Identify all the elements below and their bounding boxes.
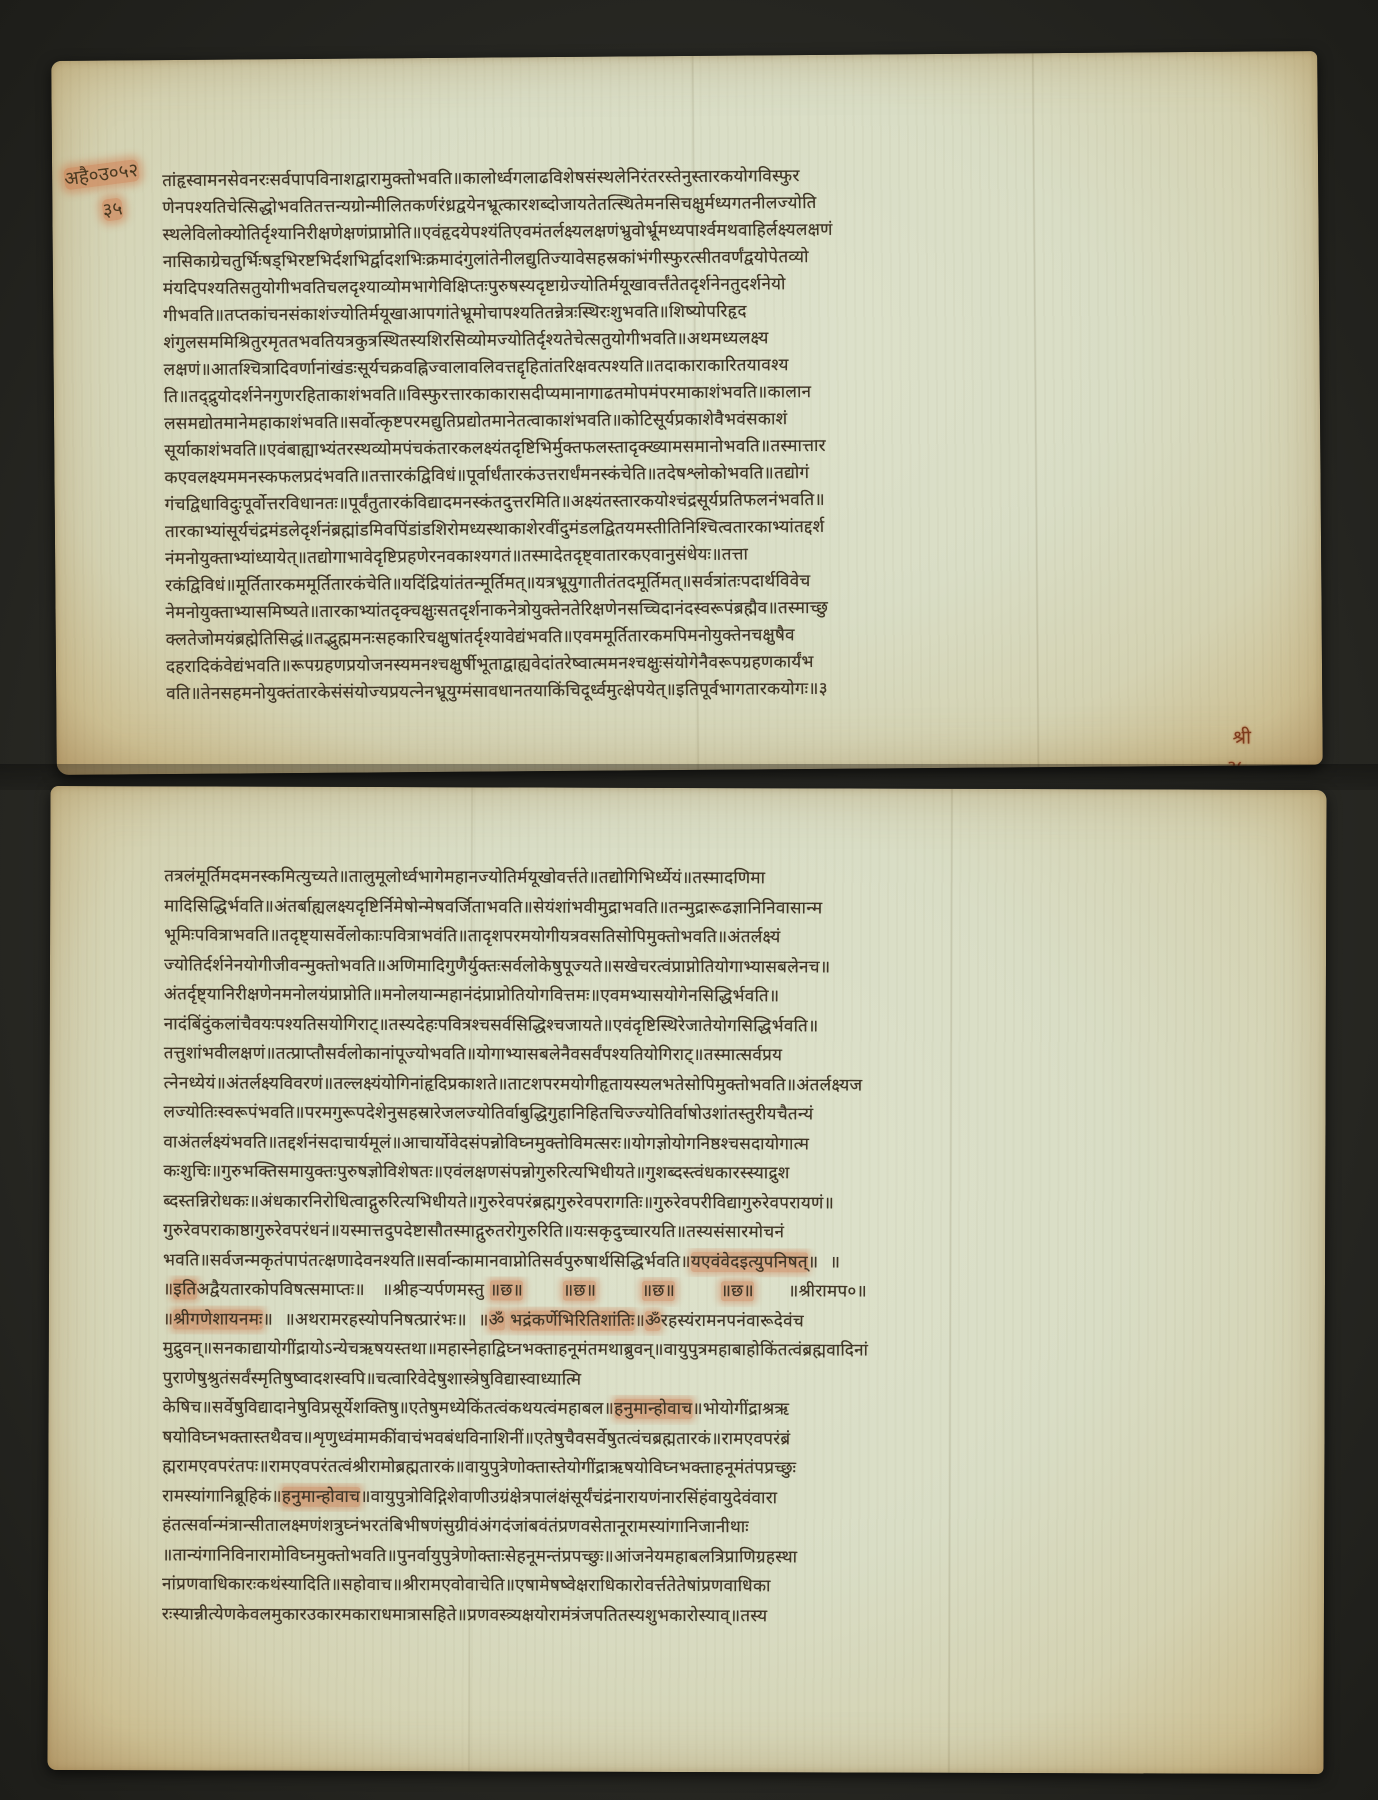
manuscript-folio-lower: तत्रलंमूर्तिमदमनस्कमित्युच्यते॥तालुमूलोर… (47, 786, 1326, 1774)
manuscript-line: नांप्रणवाधिकारःकथंस्यादिति॥सहोवाच॥श्रीरा… (162, 1570, 1230, 1603)
manuscript-line: रःस्यान्नीत्येणकेवलमुकारउकारमकाराधमात्रा… (162, 1600, 1230, 1633)
manuscript-line: षयोविघ्नभक्तास्तथैवच॥शृणुध्वंमामकींवाचंभ… (162, 1423, 1230, 1456)
folio-reference-number: अहै०उ०५२ (63, 159, 140, 190)
red-highlighted-text: ॥छ॥ (721, 1281, 754, 1301)
manuscript-line: ॥श्रीगणेशायनमः॥ ॥अथरामरहस्योपनिषत्प्रारं… (163, 1305, 1231, 1338)
red-highlighted-text: श्रीगणेशायनमः (173, 1309, 262, 1329)
red-highlighted-text: ॐ (645, 1310, 661, 1330)
text-block-upper: तांहृस्वामनसेवनरःसर्वपापविनाशद्वारामुक्त… (162, 160, 1228, 708)
manuscript-line: गुरुरेवपराकाष्ठागुरुरेवपरंधनं॥यस्मात्तदु… (163, 1216, 1231, 1249)
manuscript-line: ॥इतिअद्वैयतारकोपविषत्समाप्तः॥ ॥श्रीहऱ्यर… (163, 1275, 1231, 1308)
manuscript-line: रामस्यांगानिब्रूहिकं॥हनुमान्होवाच॥वायुपु… (162, 1482, 1230, 1515)
red-highlighted-text: इति (173, 1279, 196, 1299)
manuscript-line: लज्योतिःस्वरूपंभवति॥परमगुरूपदेशेनुसहस्रा… (163, 1098, 1231, 1131)
red-highlighted-text: हनुमान्होवाच (282, 1486, 360, 1506)
manuscript-line: नादंबिंदुंकलांचैवयःपश्यतिसयोगिराट्॥तस्यद… (164, 1010, 1232, 1043)
manuscript-line: ॥तान्यंगानिविनारामोविघ्नमुक्तोभवति॥पुनर्… (162, 1541, 1230, 1574)
manuscript-line: कःशुचिः॥गुरुभक्तिसमायुक्तःपुरुषज्ञोविशेष… (163, 1157, 1231, 1190)
manuscript-line: वाअंतर्लक्ष्यंभवति॥तद्दर्शनंसदाचार्यमूलं… (163, 1128, 1231, 1161)
margin-note-top-left: अहै०उ०५२ ३५ (63, 156, 145, 227)
manuscript-line: त्नेनध्येयं॥अंतर्लक्ष्यविवरणं॥तल्लक्ष्यं… (164, 1069, 1232, 1102)
manuscript-photo: अहै०उ०५२ ३५ तांहृस्वामनसेवनरःसर्वपापविना… (0, 0, 1378, 1800)
manuscript-line: हंतत्सर्वान्मंत्रान्सीतालक्ष्मणंशत्रुघ्न… (162, 1511, 1230, 1544)
red-highlighted-text: ॥छ॥ (490, 1280, 523, 1300)
manuscript-line: ब्दस्तन्निरोधकः॥अंधकारनिरोधित्वाद्गुरुरि… (163, 1187, 1231, 1220)
manuscript-line: मादिसिद्धिर्भवति॥अंतर्बाह्यलक्ष्यदृष्टिर… (164, 892, 1232, 925)
red-highlighted-text: हनुमान्होवाच (614, 1399, 692, 1419)
manuscript-line: केषिच॥सर्वेषुविद्यादानेषुविप्रसूर्येशक्त… (163, 1393, 1231, 1426)
red-highlighted-text: ॥छ॥ (642, 1281, 675, 1301)
red-highlighted-text: ॐ (489, 1310, 505, 1330)
manuscript-line: मुद्रुवन्॥सनकाद्यायोगींद्रायोऽन्येचऋषयस्… (163, 1334, 1231, 1367)
manuscript-folio-upper: अहै०उ०५२ ३५ तांहृस्वामनसेवनरःसर्वपापविना… (51, 51, 1323, 775)
margin-shri-invocation: श्री (1232, 727, 1251, 749)
manuscript-line: भूमिःपवित्राभवति॥तदृष्ट्यासर्वेलोकाःपवित… (164, 921, 1232, 954)
text-block-lower: तत्रलंमूर्तिमदमनस्कमित्युच्यते॥तालुमूलोर… (162, 862, 1232, 1632)
red-highlighted-text: यएवंवेदइत्युपनिषत् (691, 1252, 808, 1272)
red-highlighted-text: ॥छ॥ (563, 1281, 596, 1301)
manuscript-line: अंतर्दृष्ट्यानिरीक्षणेनमनोलयंप्राप्नोति॥… (164, 980, 1232, 1013)
manuscript-line: तत्रलंमूर्तिमदमनस्कमित्युच्यते॥तालुमूलोर… (164, 862, 1232, 895)
manuscript-line: भवति॥सर्वजन्मकृतंपापंतत्क्षणादेवनश्यति॥स… (163, 1246, 1231, 1279)
manuscript-line: पुराणेषुश्रुतंसर्वंस्मृतिषुष्वादशस्वपि॥च… (163, 1364, 1231, 1397)
manuscript-line: ज्योतिर्दर्शनेनयोगीजीवन्मुक्तोभवति॥अणिमा… (164, 951, 1232, 984)
manuscript-line: ह्मरामएवपरंतपः॥रामएवपरंतत्वंश्रीरामोब्रह… (162, 1452, 1230, 1485)
manuscript-line: तत्तुशांभवीलक्षणं॥तत्प्राप्तौसर्वलोकानां… (164, 1039, 1232, 1072)
folio-page-number: ३५ (101, 197, 123, 221)
red-highlighted-text: भद्रंकर्णेभिरितिशांतिः (510, 1310, 634, 1330)
